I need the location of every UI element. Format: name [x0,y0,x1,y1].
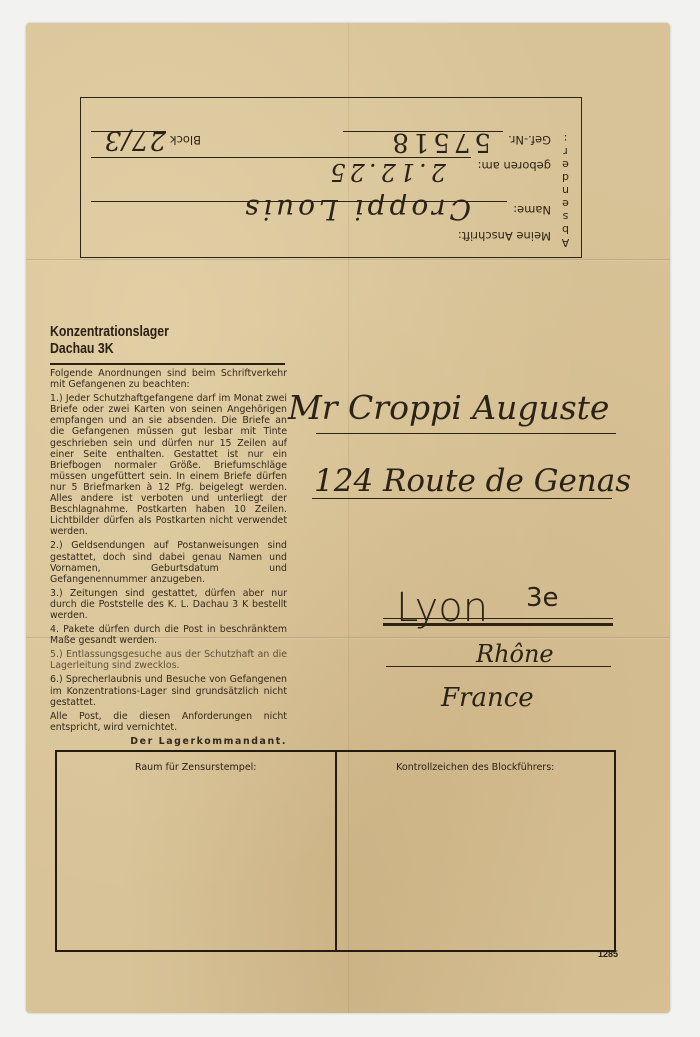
birth-date-handwritten: 2.12.25 [326,158,446,186]
address-line-1 [316,433,616,434]
region-underline [386,666,611,667]
recipient-city-arrondissement: 3e [526,583,559,613]
sender-name-handwritten: Croppi Louis [241,193,471,226]
rule-item: 5.) Entlassungsgesuche aus der Schutzhaf… [50,649,287,671]
address-label: Meine Anschrift: [458,229,551,243]
title-divider [50,363,285,365]
block-leader-label: Kontrollzeichen des Blockführers: [337,762,615,773]
sender-box: Absender: Meine Anschrift: Name: Croppi … [80,97,582,258]
sender-name-row: Name: Croppi Louis [91,199,551,223]
censor-stamp-label: Raum für Zensurstempel: [57,762,335,773]
recipient-region: Rhône [476,640,554,668]
rule-item: 3.) Zeitungen sind gestattet, dürfen abe… [50,588,287,621]
rules-closing: Alle Post, die diesen Anforderungen nich… [50,711,287,733]
city-underline-double [383,623,613,626]
address-line-2 [312,498,612,499]
recipient-country: France [441,683,534,713]
stamp-boxes: Raum für Zensurstempel: Kontrollzeichen … [55,750,616,952]
block-leader-box: Kontrollzeichen des Blockführers: [335,752,615,950]
camp-title-line1: Konzentrationslager [50,323,247,340]
form-number: 1285 [598,949,618,959]
camp-title: Konzentrationslager Dachau 3K [50,323,247,357]
prisoner-number-label: Gef.-Nr. [508,133,551,147]
rule-item: 6.) Sprecherlaubnis und Besuche von Gefa… [50,674,287,707]
commandant-signature: Der Lagerkommandant. [50,736,287,747]
sender-birth-row: geboren am: 2.12.25 [91,155,551,179]
name-label: Name: [513,203,551,217]
birth-label: geboren am: [478,159,551,173]
city-underline [383,618,613,619]
prisoner-number-handwritten: 57518 [388,127,491,157]
recipient-name: Mr Croppi Auguste [288,388,609,427]
block-label: Block [170,133,201,147]
block-handwritten: 27/3 [104,125,166,155]
correspondence-rules: Folgende Anordnungen sind beim Schriftve… [50,368,287,750]
censor-stamp-box: Raum für Zensurstempel: [57,752,335,950]
rule-item: 1.) Jeder Schutzhaftgefangene darf im Mo… [50,393,287,537]
rules-intro: Folgende Anordnungen sind beim Schriftve… [50,368,287,390]
sender-address-row: Meine Anschrift: [91,225,551,249]
recipient-street: 124 Route de Genas [314,463,631,499]
sender-heading: Absender: [559,132,573,249]
rule-item: 4. Pakete dürfen durch die Post in besch… [50,624,287,646]
camp-title-line2: Dachau 3K [50,340,247,357]
rule-item: 2.) Geldsendungen auf Postanweisungen si… [50,540,287,584]
letter-sheet: Absender: Meine Anschrift: Name: Croppi … [26,23,670,1013]
sender-number-row: Gef.-Nr. 57518 Block 27/3 [91,129,551,153]
